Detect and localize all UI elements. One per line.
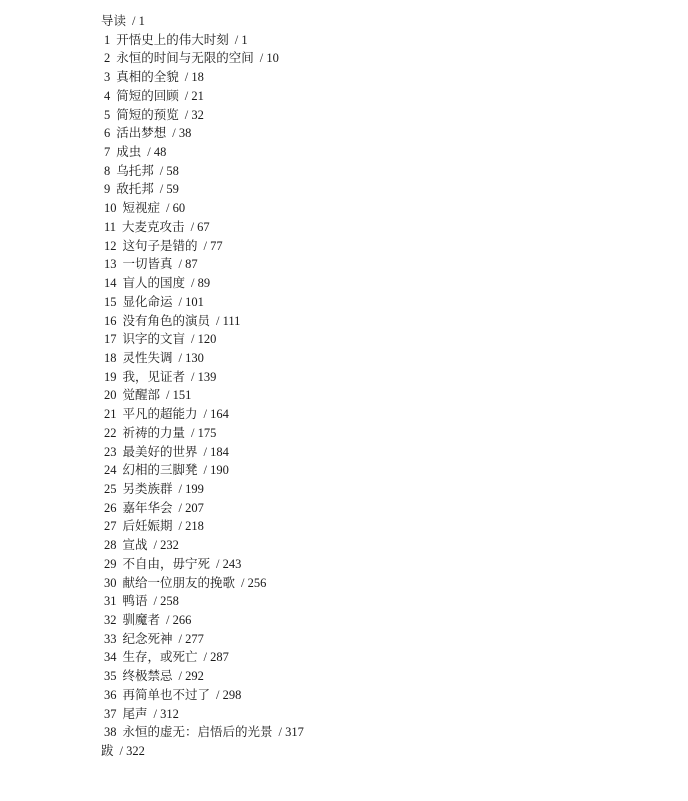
chapter-number: 9 — [104, 182, 110, 196]
page-number: / 1 — [235, 33, 248, 47]
table-of-contents: 导读/ 11开悟史上的伟大时刻/ 12永恒的时间与无限的空间/ 103真相的全貌… — [104, 12, 304, 761]
toc-entry: 19我，见证者/ 139 — [104, 368, 304, 387]
chapter-title: 生存，或死亡 — [123, 650, 198, 664]
toc-entry: 32驯魔者/ 266 — [104, 611, 304, 630]
page-number: / 298 — [216, 688, 241, 702]
chapter-number: 35 — [104, 669, 117, 683]
chapter-number: 26 — [104, 501, 117, 515]
chapter-title: 祈祷的力量 — [123, 426, 186, 440]
chapter-title: 再简单也不过了 — [123, 688, 211, 702]
chapter-number: 19 — [104, 370, 117, 384]
chapter-title: 平凡的超能力 — [123, 407, 198, 421]
chapter-title: 永恒的虚无：启悟后的光景 — [123, 725, 273, 739]
chapter-number: 36 — [104, 688, 117, 702]
chapter-title: 鸭语 — [123, 594, 148, 608]
chapter-number: 14 — [104, 276, 117, 290]
page-number: / 243 — [216, 557, 241, 571]
page-number: / 151 — [166, 388, 191, 402]
chapter-title: 幻相的三脚凳 — [123, 463, 198, 477]
toc-entry: 14盲人的国度/ 89 — [104, 274, 304, 293]
chapter-number: 20 — [104, 388, 117, 402]
page-number: / 111 — [216, 314, 240, 328]
chapter-title: 短视症 — [123, 201, 161, 215]
chapter-title: 导读 — [101, 14, 126, 28]
chapter-title: 乌托邦 — [116, 164, 154, 178]
chapter-number: 22 — [104, 426, 117, 440]
page-number: / 218 — [179, 519, 204, 533]
toc-entry: 15显化命运/ 101 — [104, 293, 304, 312]
toc-entry: 9敌托邦/ 59 — [104, 180, 304, 199]
chapter-number: 3 — [104, 70, 110, 84]
chapter-number: 32 — [104, 613, 117, 627]
chapter-number: 13 — [104, 257, 117, 271]
chapter-title: 觉醒部 — [123, 388, 161, 402]
toc-entry: 33纪念死神/ 277 — [104, 630, 304, 649]
page-number: / 317 — [279, 725, 304, 739]
page-number: / 287 — [204, 650, 229, 664]
toc-entry: 30献给一位朋友的挽歌/ 256 — [104, 574, 304, 593]
chapter-title: 敌托邦 — [116, 182, 154, 196]
chapter-title: 献给一位朋友的挽歌 — [123, 576, 236, 590]
chapter-number: 25 — [104, 482, 117, 496]
toc-entry: 3真相的全貌/ 18 — [104, 68, 304, 87]
toc-entry: 4简短的回顾/ 21 — [104, 87, 304, 106]
page-number: / 190 — [204, 463, 229, 477]
toc-entry: 35终极禁忌/ 292 — [104, 667, 304, 686]
chapter-title: 活出梦想 — [116, 126, 166, 140]
toc-entry: 6活出梦想/ 38 — [104, 124, 304, 143]
page-number: / 32 — [185, 108, 204, 122]
chapter-number: 31 — [104, 594, 117, 608]
chapter-title: 尾声 — [123, 707, 148, 721]
chapter-number: 29 — [104, 557, 117, 571]
chapter-number: 28 — [104, 538, 117, 552]
page-number: / 18 — [185, 70, 204, 84]
chapter-title: 这句子是错的 — [123, 239, 198, 253]
page-number: / 164 — [204, 407, 229, 421]
page-number: / 175 — [191, 426, 216, 440]
chapter-number: 11 — [104, 220, 116, 234]
chapter-title: 盲人的国度 — [123, 276, 186, 290]
chapter-title: 嘉年华会 — [123, 501, 173, 515]
toc-entry: 7成虫/ 48 — [104, 143, 304, 162]
page-number: / 87 — [179, 257, 198, 271]
page-number: / 207 — [179, 501, 204, 515]
page-number: / 77 — [204, 239, 223, 253]
chapter-number: 12 — [104, 239, 117, 253]
toc-entry: 21平凡的超能力/ 164 — [104, 405, 304, 424]
chapter-title: 永恒的时间与无限的空间 — [116, 51, 254, 65]
chapter-title: 开悟史上的伟大时刻 — [116, 33, 229, 47]
page-number: / 101 — [179, 295, 204, 309]
chapter-title: 真相的全貌 — [116, 70, 179, 84]
page-number: / 256 — [241, 576, 266, 590]
toc-entry: 5简短的预览/ 32 — [104, 106, 304, 125]
toc-entry: 31鸭语/ 258 — [104, 592, 304, 611]
chapter-number: 37 — [104, 707, 117, 721]
toc-entry: 2永恒的时间与无限的空间/ 10 — [104, 49, 304, 68]
chapter-title: 成虫 — [116, 145, 141, 159]
page-number: / 48 — [147, 145, 166, 159]
toc-entry: 10短视症/ 60 — [104, 199, 304, 218]
toc-entry: 25另类族群/ 199 — [104, 480, 304, 499]
toc-entry: 29不自由，毋宁死/ 243 — [104, 555, 304, 574]
page-number: / 1 — [132, 14, 145, 28]
page-number: / 258 — [154, 594, 179, 608]
chapter-number: 4 — [104, 89, 110, 103]
page-number: / 10 — [260, 51, 279, 65]
toc-entry: 8乌托邦/ 58 — [104, 162, 304, 181]
page-number: / 199 — [179, 482, 204, 496]
chapter-number: 27 — [104, 519, 117, 533]
chapter-title: 一切皆真 — [123, 257, 173, 271]
toc-entry: 24幻相的三脚凳/ 190 — [104, 461, 304, 480]
toc-entry: 18灵性失调/ 130 — [104, 349, 304, 368]
chapter-title: 简短的回顾 — [116, 89, 179, 103]
toc-entry: 20觉醒部/ 151 — [104, 386, 304, 405]
toc-entry: 17识字的文盲/ 120 — [104, 330, 304, 349]
page-number: / 277 — [179, 632, 204, 646]
page-number: / 21 — [185, 89, 204, 103]
chapter-title: 我，见证者 — [123, 370, 186, 384]
chapter-title: 跋 — [101, 744, 114, 758]
chapter-number: 21 — [104, 407, 117, 421]
chapter-number: 18 — [104, 351, 117, 365]
toc-entry: 1开悟史上的伟大时刻/ 1 — [104, 31, 304, 50]
chapter-title: 显化命运 — [123, 295, 173, 309]
chapter-number: 2 — [104, 51, 110, 65]
chapter-title: 简短的预览 — [116, 108, 179, 122]
toc-entry: 导读/ 1 — [101, 12, 304, 31]
chapter-number: 10 — [104, 201, 117, 215]
toc-entry: 12这句子是错的/ 77 — [104, 237, 304, 256]
chapter-title: 大麦克攻击 — [122, 220, 185, 234]
chapter-title: 终极禁忌 — [123, 669, 173, 683]
chapter-number: 1 — [104, 33, 110, 47]
chapter-title: 纪念死神 — [123, 632, 173, 646]
page-number: / 60 — [166, 201, 185, 215]
page-number: / 59 — [160, 182, 179, 196]
chapter-number: 38 — [104, 725, 117, 739]
page-number: / 292 — [179, 669, 204, 683]
chapter-number: 6 — [104, 126, 110, 140]
chapter-number: 34 — [104, 650, 117, 664]
chapter-title: 宣战 — [123, 538, 148, 552]
page-number: / 184 — [204, 445, 229, 459]
toc-entry: 37尾声/ 312 — [104, 705, 304, 724]
toc-entry: 34生存，或死亡/ 287 — [104, 648, 304, 667]
chapter-number: 17 — [104, 332, 117, 346]
toc-entry: 13一切皆真/ 87 — [104, 255, 304, 274]
toc-entry: 16没有角色的演员/ 111 — [104, 312, 304, 331]
chapter-number: 23 — [104, 445, 117, 459]
page-number: / 139 — [191, 370, 216, 384]
chapter-title: 灵性失调 — [123, 351, 173, 365]
toc-entry: 36再简单也不过了/ 298 — [104, 686, 304, 705]
chapter-number: 5 — [104, 108, 110, 122]
chapter-title: 不自由，毋宁死 — [123, 557, 211, 571]
chapter-number: 7 — [104, 145, 110, 159]
page-number: / 266 — [166, 613, 191, 627]
chapter-number: 16 — [104, 314, 117, 328]
chapter-number: 15 — [104, 295, 117, 309]
toc-entry: 38永恒的虚无：启悟后的光景/ 317 — [104, 723, 304, 742]
page-number: / 322 — [120, 744, 145, 758]
page-number: / 58 — [160, 164, 179, 178]
chapter-title: 另类族群 — [123, 482, 173, 496]
chapter-title: 识字的文盲 — [123, 332, 186, 346]
page-number: / 312 — [154, 707, 179, 721]
page-number: / 67 — [191, 220, 210, 234]
toc-entry: 23最美好的世界/ 184 — [104, 443, 304, 462]
page-number: / 89 — [191, 276, 210, 290]
toc-entry: 28宣战/ 232 — [104, 536, 304, 555]
chapter-number: 24 — [104, 463, 117, 477]
page-number: / 38 — [172, 126, 191, 140]
page-number: / 120 — [191, 332, 216, 346]
page-number: / 130 — [179, 351, 204, 365]
toc-entry: 11大麦克攻击/ 67 — [104, 218, 304, 237]
toc-entry: 27后妊娠期/ 218 — [104, 517, 304, 536]
chapter-title: 驯魔者 — [123, 613, 161, 627]
toc-entry: 26嘉年华会/ 207 — [104, 499, 304, 518]
toc-entry: 跋/ 322 — [101, 742, 304, 761]
chapter-number: 33 — [104, 632, 117, 646]
chapter-number: 8 — [104, 164, 110, 178]
chapter-number: 30 — [104, 576, 117, 590]
chapter-title: 后妊娠期 — [123, 519, 173, 533]
chapter-title: 最美好的世界 — [123, 445, 198, 459]
toc-entry: 22祈祷的力量/ 175 — [104, 424, 304, 443]
chapter-title: 没有角色的演员 — [123, 314, 211, 328]
page-number: / 232 — [154, 538, 179, 552]
